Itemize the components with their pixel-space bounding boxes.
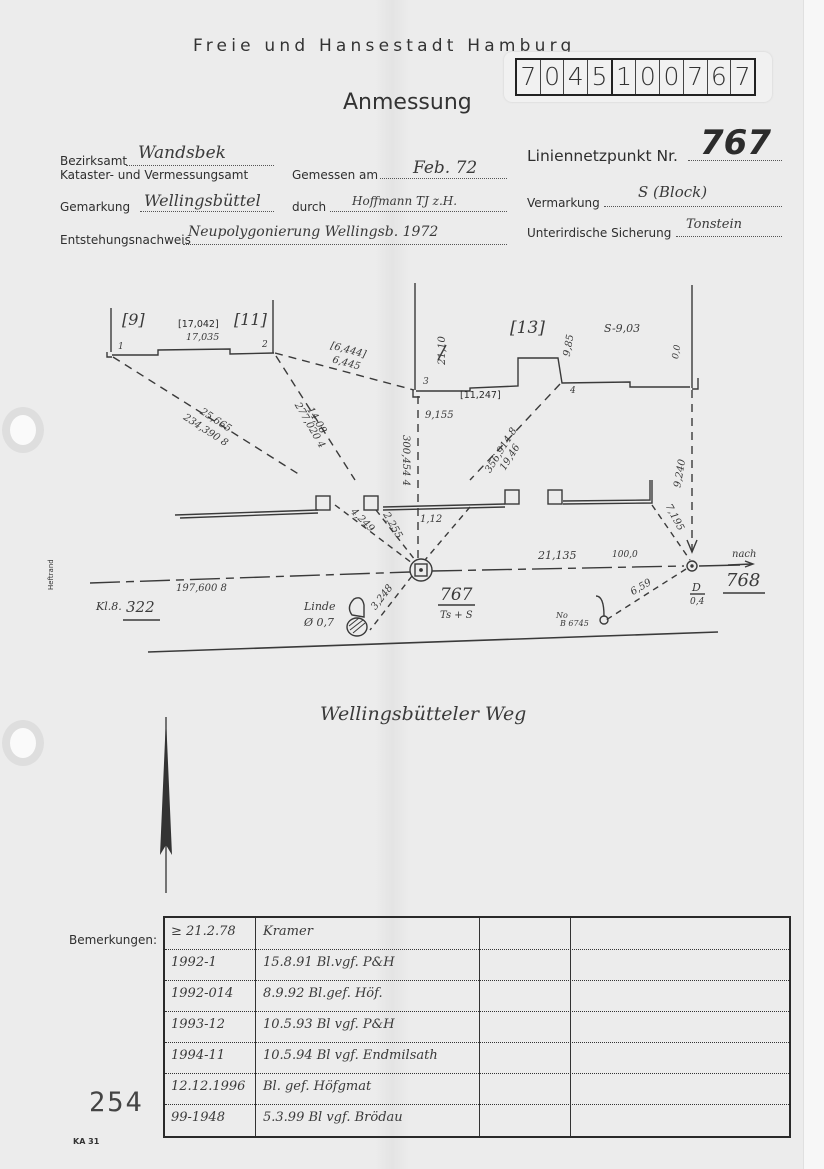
point-label: 2 xyxy=(262,340,268,350)
survey-sketch xyxy=(0,0,824,900)
table-row: 1992-014 8.9.92 Bl.gef. Höf. xyxy=(165,980,789,1012)
measure-value: [11,247] xyxy=(460,390,501,401)
table-row: 99-1948 5.3.99 Bl vgf. Brödau xyxy=(165,1104,789,1135)
table-cell: 1992-014 xyxy=(171,986,233,1001)
parcel-label: [13] xyxy=(510,318,545,338)
parcel-label: [9] xyxy=(122,310,145,329)
table-row: 1994-11 10.5.94 Bl vgf. Endmilsath xyxy=(165,1042,789,1074)
measure-value: 17,035 xyxy=(186,332,219,343)
north-arrow-icon xyxy=(160,717,172,893)
remarks-label: Bemerkungen: xyxy=(69,933,157,947)
hydrant-id: B 6745 xyxy=(560,619,589,628)
left-reference-number: 322 xyxy=(126,598,155,616)
table-cell: 1992-1 xyxy=(171,955,217,970)
table-cell: 1994-11 xyxy=(171,1048,225,1063)
table-cell: Bl. gef. Höfgmat xyxy=(263,1079,371,1094)
measure-value: 9,155 xyxy=(425,410,454,421)
table-row: ≥ 21.2.78 Kramer xyxy=(165,918,789,950)
table-row: 1993-12 10.5.93 Bl vgf. P&H xyxy=(165,1011,789,1043)
center-point-number: 767 xyxy=(440,585,472,605)
table-cell: 5.3.99 Bl vgf. Brödau xyxy=(263,1110,403,1125)
measure-value: 300,454 4 xyxy=(400,435,411,486)
measure-value: 21,10 xyxy=(437,336,448,365)
remarks-table: ≥ 21.2.78 Kramer 1992-1 15.8.91 Bl.vgf. … xyxy=(163,916,791,1138)
table-cell: 1993-12 xyxy=(171,1017,225,1032)
table-cell: 10.5.94 Bl vgf. Endmilsath xyxy=(263,1048,438,1063)
table-cell: 10.5.93 Bl vgf. P&H xyxy=(263,1017,395,1032)
point-label: 4 xyxy=(570,386,576,396)
form-code: KA 31 xyxy=(73,1137,99,1146)
right-point-d-sub: 0,4 xyxy=(690,597,704,607)
measure-value: 1,12 xyxy=(420,514,442,525)
left-reference-label: Kl.8. xyxy=(96,600,122,613)
table-cell: 12.12.1996 xyxy=(171,1079,245,1094)
stamp-number: 254 xyxy=(89,1087,144,1118)
right-point-d: D xyxy=(692,581,701,594)
measure-value: [17,042] xyxy=(178,319,219,330)
table-cell: 99-1948 xyxy=(171,1110,225,1125)
measure-value: S-9,03 xyxy=(604,322,640,335)
measure-value: 197,600 8 xyxy=(176,583,227,594)
measure-value: 100,0 xyxy=(612,550,638,560)
table-cell: 15.8.91 Bl.vgf. P&H xyxy=(263,955,395,970)
next-point-number: 768 xyxy=(726,570,760,591)
center-point-sub: Ts + S xyxy=(440,610,473,621)
street-name: Wellingsbütteler Weg xyxy=(320,703,526,725)
table-cell: Kramer xyxy=(263,924,313,939)
parcel-label: [11] xyxy=(234,310,267,329)
table-cell: 8.9.92 Bl.gef. Höf. xyxy=(263,986,383,1001)
tree-name: Linde xyxy=(304,600,335,613)
table-row: 1992-1 15.8.91 Bl.vgf. P&H xyxy=(165,949,789,981)
tree-diameter: Ø 0,7 xyxy=(304,616,334,629)
point-label: 3 xyxy=(423,377,429,387)
measure-value: 21,135 xyxy=(538,549,577,562)
table-row: 12.12.1996 Bl. gef. Höfgmat xyxy=(165,1073,789,1105)
direction-label: nach xyxy=(732,549,756,560)
table-cell: ≥ 21.2.78 xyxy=(171,924,236,939)
point-label: 1 xyxy=(118,342,124,352)
